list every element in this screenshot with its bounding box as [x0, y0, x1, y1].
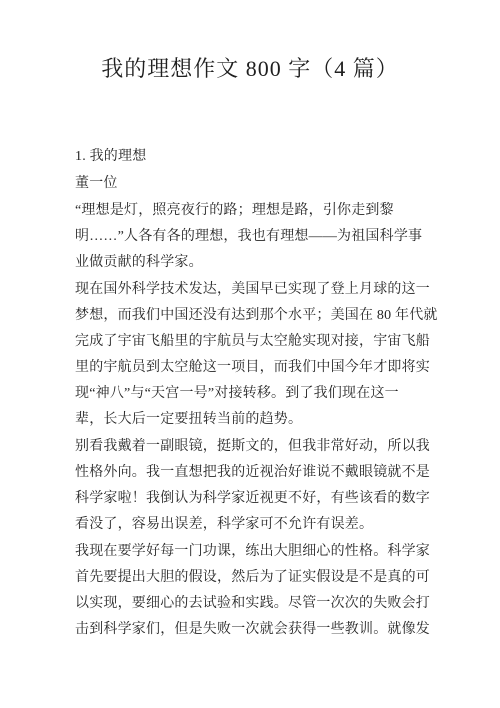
paragraph: “理想是灯，照亮夜行的路；理想是路，引你走到黎明……”人各有各的理想，我也有理想…: [75, 198, 437, 276]
document-title: 我的理想作文 800 字（4 篇）: [0, 54, 500, 84]
document-body: 1. 我的理想董一位“理想是灯，照亮夜行的路；理想是路，引你走到黎明……”人各有…: [75, 144, 437, 644]
paragraph: 别看我戴着一副眼镜，挺斯文的，但我非常好动，所以我性格外向。我一直想把我的近视治…: [75, 434, 437, 538]
text-line: 性格外向。我一直想把我的近视治好谁说不戴眼镜就不是: [75, 460, 437, 486]
text-line: 业做贡献的科学家。: [75, 250, 437, 276]
text-line: 击到科学家们，但是失败一次就会获得一些教训。就像发: [75, 617, 437, 643]
text-line: 里的宇航员到太空舱这一项目，而我们中国今年才即将实: [75, 355, 437, 381]
text-line: 我现在要学好每一门功课，练出大胆细心的性格。科学家: [75, 539, 437, 565]
text-line: 完成了宇宙飞船里的宇航员与太空舱实现对接，宇宙飞船: [75, 329, 437, 355]
text-line: 梦想，而我们中国还没有达到那个水平；美国在 80 年代就: [75, 303, 437, 329]
document-page: 我的理想作文 800 字（4 篇） 1. 我的理想董一位“理想是灯，照亮夜行的路…: [0, 0, 500, 708]
paragraph: 我现在要学好每一门功课，练出大胆细心的性格。科学家首先要提出大胆的假设，然后为了…: [75, 539, 437, 643]
text-line: 别看我戴着一副眼镜，挺斯文的，但我非常好动，所以我: [75, 434, 437, 460]
paragraph: 董一位: [75, 171, 437, 197]
text-line: 董一位: [75, 171, 437, 197]
text-line: 现“神八”与“天宫一号”对接转移。到了我们现在这一: [75, 381, 437, 407]
paragraph: 现在国外科学技术发达，美国早已实现了登上月球的这一梦想，而我们中国还没有达到那个…: [75, 277, 437, 433]
text-line: 1. 我的理想: [75, 144, 437, 170]
text-line: “理想是灯，照亮夜行的路；理想是路，引你走到黎: [75, 198, 437, 224]
text-line: 科学家啦！我倒认为科学家近视更不好，有些该看的数字: [75, 486, 437, 512]
text-line: 看没了，容易出误差，科学家可不允许有误差。: [75, 512, 437, 538]
text-line: 首先要提出大胆的假设，然后为了证实假设是不是真的可: [75, 565, 437, 591]
text-line: 现在国外科学技术发达，美国早已实现了登上月球的这一: [75, 277, 437, 303]
paragraph: 1. 我的理想: [75, 144, 437, 170]
text-line: 以实现，要细心的去试验和实践。尽管一次次的失败会打: [75, 591, 437, 617]
text-line: 明……”人各有各的理想，我也有理想——为祖国科学事: [75, 224, 437, 250]
text-line: 辈，长大后一定要扭转当前的趋势。: [75, 407, 437, 433]
